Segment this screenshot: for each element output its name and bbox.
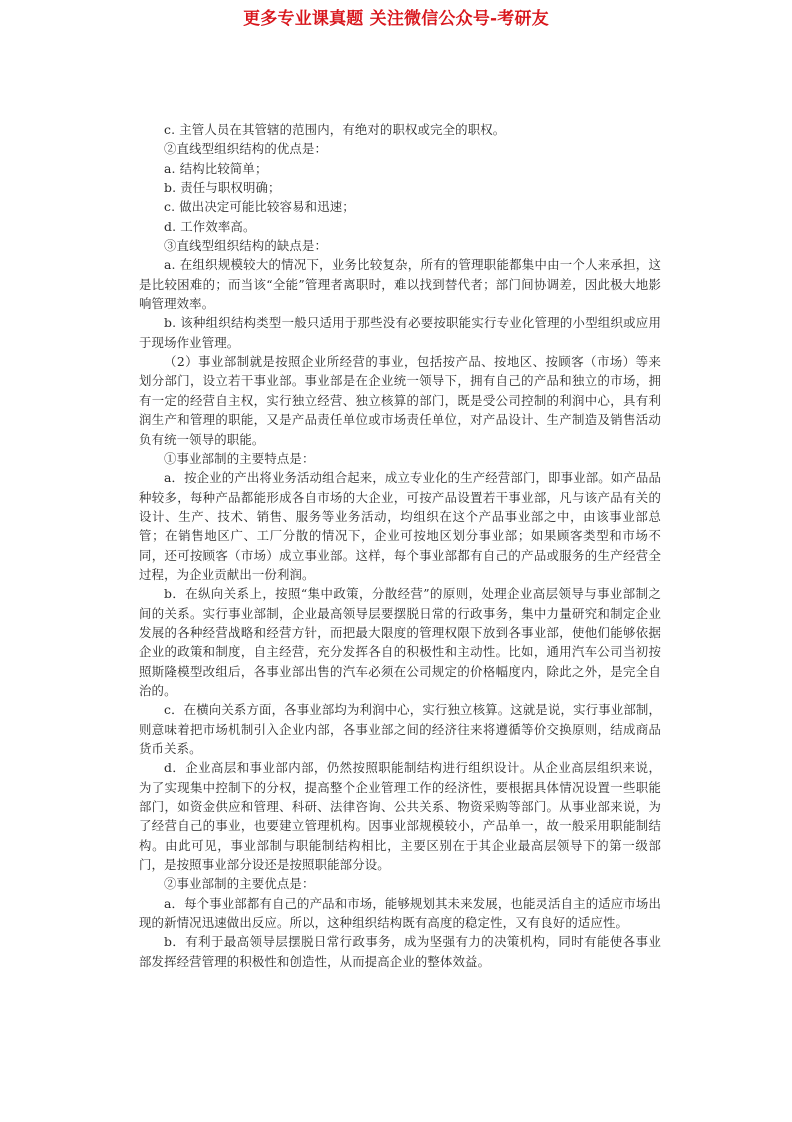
paragraph-feature-a: a．按企业的产出将业务活动组合起来，成立专业化的生产经营部门，即事业部。如产品品… <box>139 468 661 584</box>
document-body: c. 主管人员在其管辖的范围内，有绝对的职权或完全的职权。 ②直线型组织结构的优… <box>139 120 661 971</box>
paragraph-feature-d: d．企业高层和事业部内部，仍然按照职能制结构进行组织设计。从企业高层组织来说，为… <box>139 758 661 874</box>
list-item-simple-structure: a. 结构比较简单； <box>139 159 661 178</box>
paragraph-divisional-structure-definition: （2）事业部制就是按照企业所经营的事业，包括按产品、按地区、按顾客（市场）等来划… <box>139 352 661 449</box>
watermark-banner: 更多专业课真题 关注微信公众号-考研友 <box>0 8 792 30</box>
paragraph-line-manager-authority: c. 主管人员在其管辖的范围内，有绝对的职权或完全的职权。 <box>139 120 661 139</box>
paragraph-advantage-a: a．每个事业部都有自己的产品和市场，能够规划其未来发展，也能灵活自主的适应市场出… <box>139 894 661 933</box>
heading-line-structure-advantages: ②直线型组织结构的优点是： <box>139 139 661 158</box>
paragraph-disadvantage-b: b. 该种组织结构类型一般只适用于那些没有必要按职能实行专业化管理的小型组织或应… <box>139 313 661 352</box>
heading-divisional-features: ①事业部制的主要特点是： <box>139 449 661 468</box>
paragraph-disadvantage-a: a. 在组织规模较大的情况下，业务比较复杂，所有的管理职能都集中由一个人来承担，… <box>139 255 661 313</box>
paragraph-feature-c: c．在横向关系方面，各事业部均为利润中心，实行独立核算。这就是说，实行事业部制，… <box>139 700 661 758</box>
list-item-quick-decisions: c. 做出决定可能比较容易和迅速； <box>139 197 661 216</box>
heading-divisional-advantages: ②事业部制的主要优点是： <box>139 874 661 893</box>
paragraph-advantage-b: b．有利于最高领导层摆脱日常行政事务，成为坚强有力的决策机构，同时有能使各事业部… <box>139 932 661 971</box>
paragraph-feature-b: b．在纵向关系上，按照“集中政策，分散经营”的原则，处理企业高层领导与事业部制之… <box>139 584 661 700</box>
list-item-clear-responsibility: b. 责任与职权明确； <box>139 178 661 197</box>
heading-line-structure-disadvantages: ③直线型组织结构的缺点是： <box>139 236 661 255</box>
list-item-high-efficiency: d. 工作效率高。 <box>139 217 661 236</box>
